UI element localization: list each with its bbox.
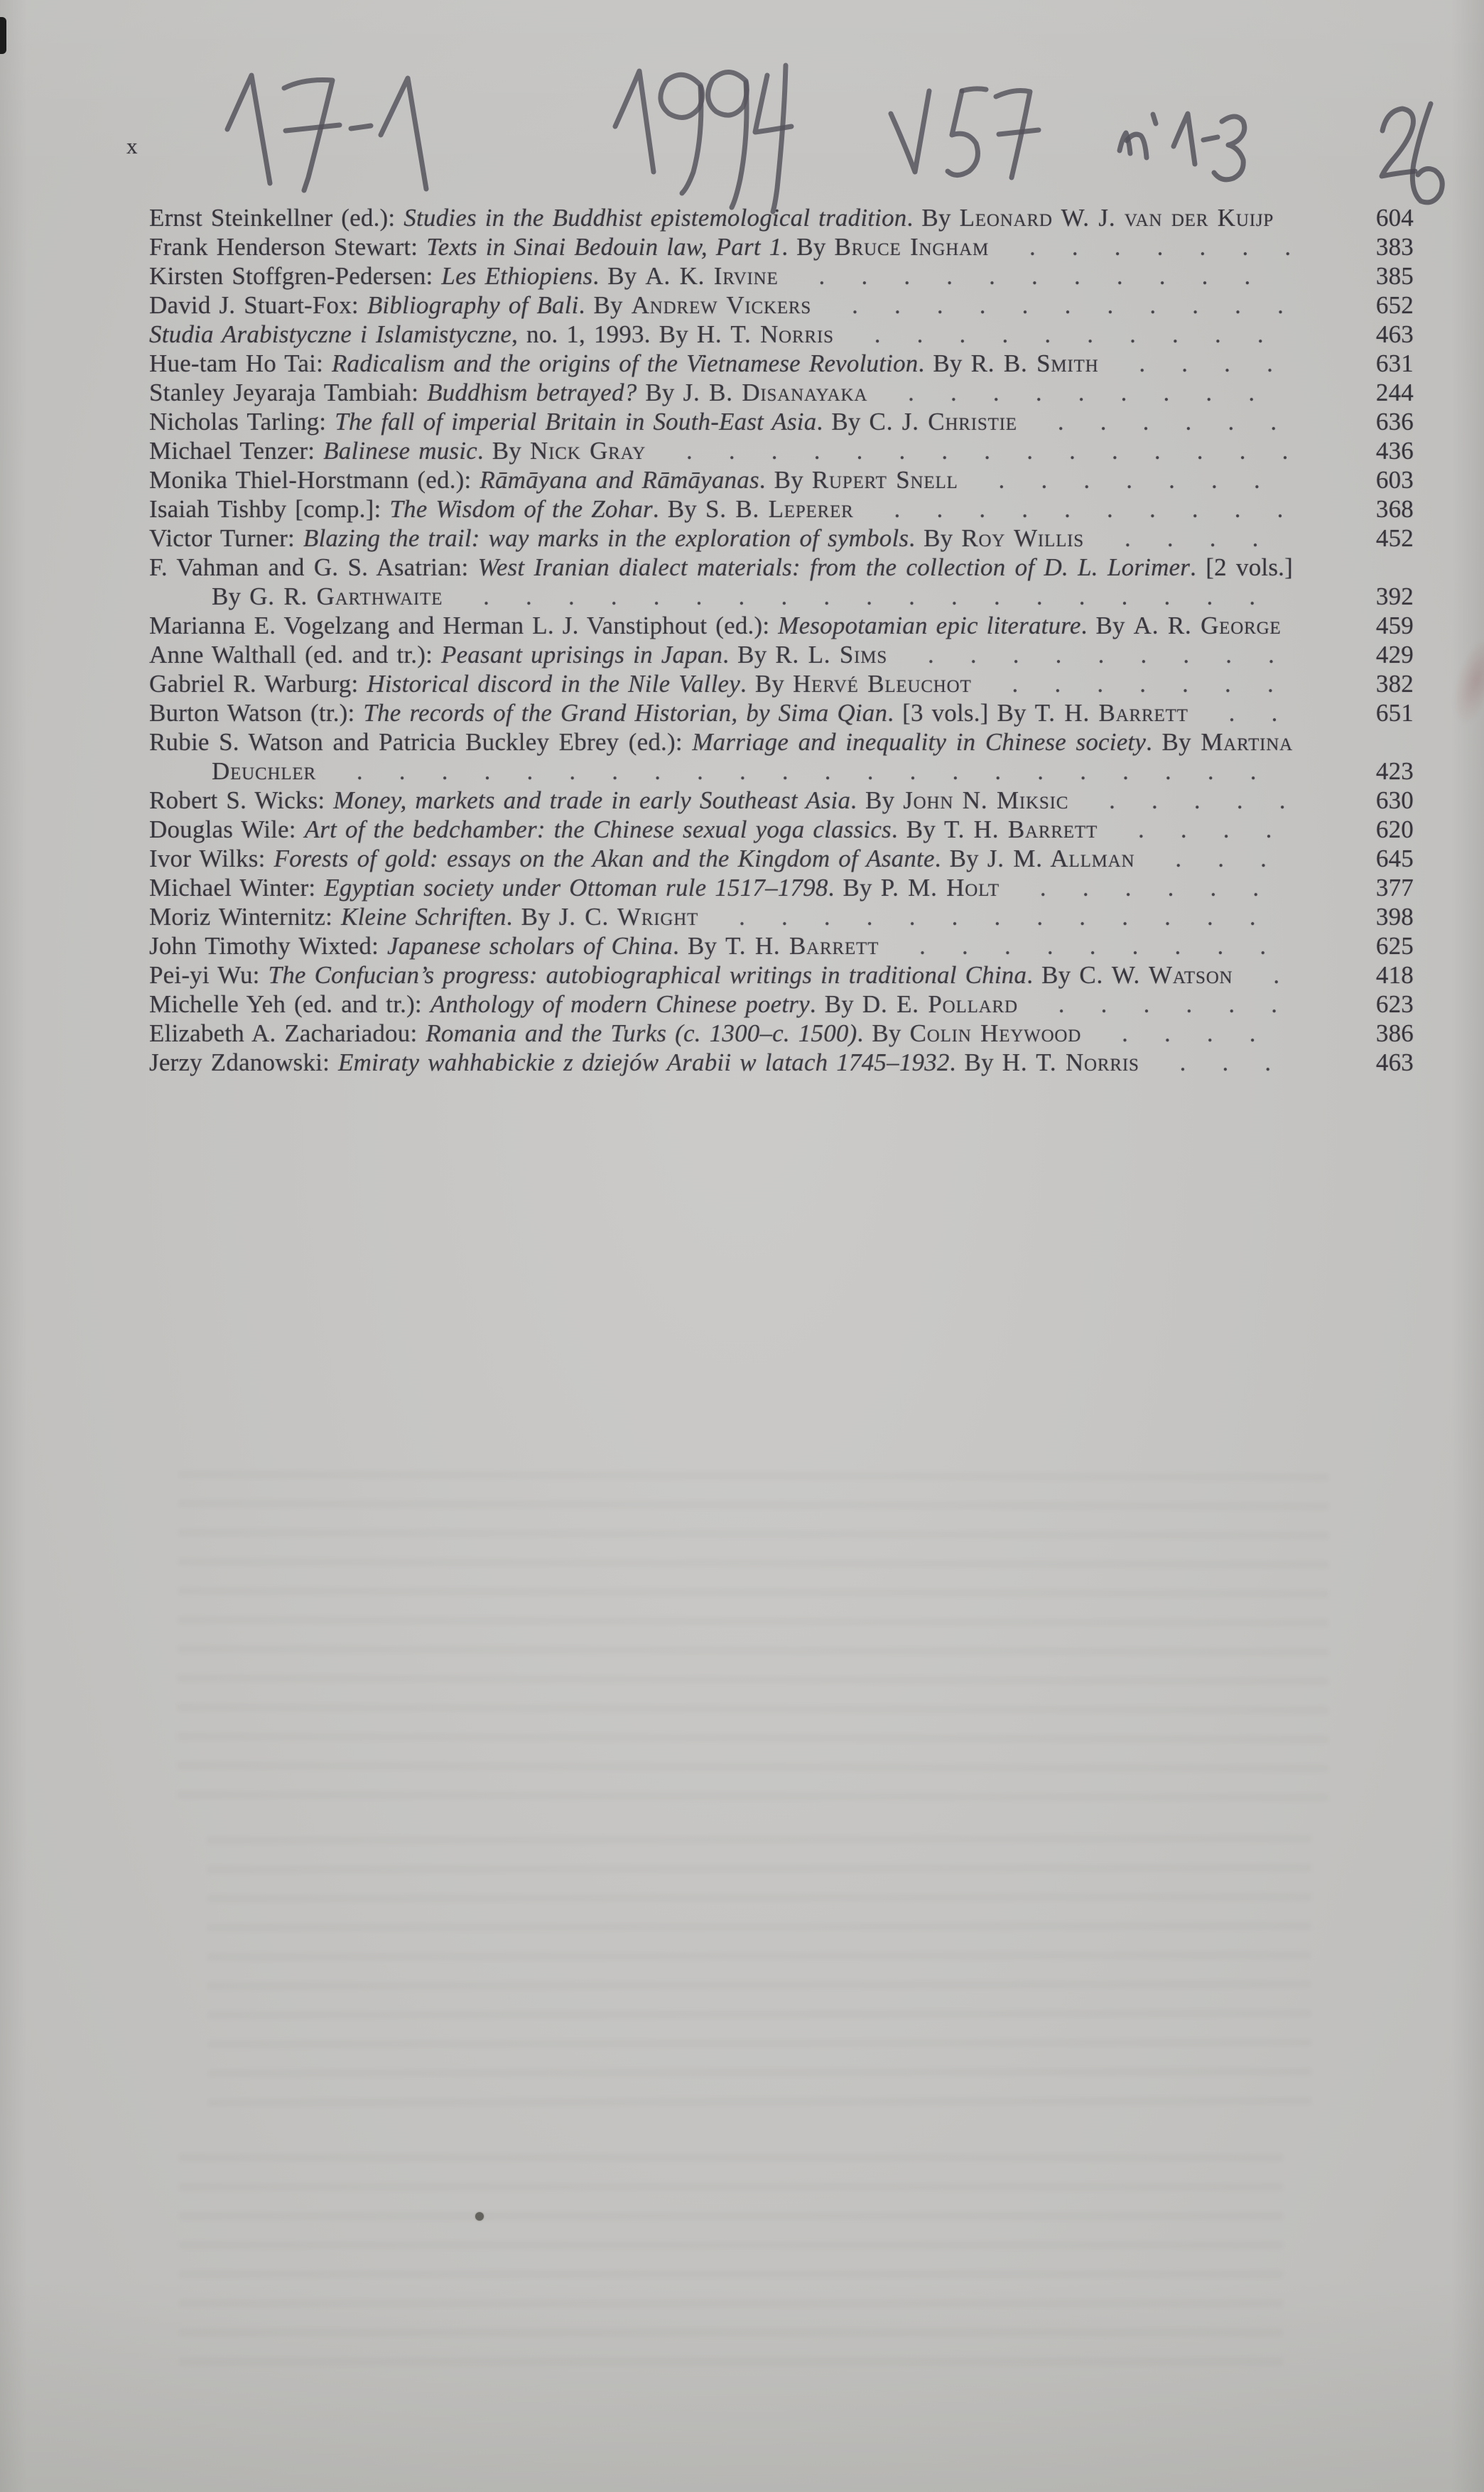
dot-leader: . . . . . . . . . . <box>858 495 1284 523</box>
toc-entry: Elizabeth A. Zachariadou: Romania and th… <box>149 1019 1414 1048</box>
entry-text-run: Marriage and inequality in Chinese socie… <box>692 728 1146 756</box>
entry-text-run: . By <box>857 1019 909 1047</box>
entry-page-number: 651 <box>1307 698 1414 727</box>
entry-text-run: Marianna E. Vogelzang and Herman L. J. V… <box>149 612 778 639</box>
entry-text-run: Gabriel R. Warburg: <box>149 670 367 698</box>
entry-text-run: Anne Walthall (ed. and tr.): <box>149 641 441 668</box>
dot-leader: . . . . . . <box>1004 874 1259 901</box>
entry-text-run: Buddhism betrayed? <box>427 379 637 406</box>
entry-text-run: . By <box>909 524 961 552</box>
entry-text-run: Les Ethiopiens <box>441 262 592 290</box>
entry-text-run: Kirsten Stoffgren-Pedersen: <box>149 262 441 290</box>
dot-leader: . . . . . . . . . <box>872 379 1255 406</box>
entry-text-run: Rupert Snell <box>812 466 958 494</box>
handwritten-year <box>615 65 791 212</box>
entry-text-run: Hervé Bleuchot <box>793 670 972 698</box>
entry-text-run: . By <box>950 1049 1002 1076</box>
entry-page-number: 625 <box>1307 931 1414 960</box>
entry-text-run: Emiraty wahhabickie z dziejów Arabii w l… <box>338 1049 950 1076</box>
dot-leader: . . . . . . <box>1022 990 1277 1018</box>
entry-text-run: . By <box>828 874 881 901</box>
handwritten-annotations <box>0 0 1484 242</box>
entry-page-number: 377 <box>1307 873 1414 902</box>
entry-text-run: Victor Turner: <box>149 524 303 552</box>
entry-text-run: Michael Tenzer: <box>149 437 323 465</box>
entry-text-run: Colin Heywood <box>910 1019 1082 1047</box>
toc-entry: Victor Turner: Blazing the trail: way ma… <box>149 524 1414 553</box>
entry-text-run: Isaiah Tishby [comp.]: <box>149 495 389 523</box>
entry-text-run: Nicholas Tarling: <box>149 408 335 435</box>
toc-entry: Michael Winter: Egyptian society under O… <box>149 873 1414 902</box>
entry-text-run: The fall of imperial Britain in South-Ea… <box>335 408 816 435</box>
dot-leader: . . . . . . . . . . . . . . . . . . . <box>447 583 1255 610</box>
dot-leader: . . <box>1193 699 1278 727</box>
entry-text-run: P. M. Holt <box>881 874 1000 901</box>
entry-text-run: Michelle Yeh (ed. and tr.): <box>149 990 430 1018</box>
dot-leader: . . . . . . . . . . . . . <box>703 903 1256 931</box>
dot-leader: . . . . . . . . . . . . . . . <box>650 437 1289 465</box>
toc-entry: Moriz Winternitz: Kleine Schriften. By J… <box>149 902 1414 931</box>
toc-entry: Rubie S. Watson and Patricia Buckley Ebr… <box>149 727 1414 786</box>
entry-text-run: Monika Thiel-Horstmann (ed.): <box>149 466 480 494</box>
entry-text-run: Mesopotamian epic literature <box>778 612 1080 639</box>
entry-text-run: Douglas Wile: <box>149 816 305 843</box>
handwritten-issue <box>1120 114 1245 180</box>
entry-page-number: 398 <box>1307 902 1414 931</box>
entry-text-run: . By <box>892 816 944 843</box>
entry-page-number: 463 <box>1307 320 1414 349</box>
entry-text-run: Bibliography of Bali <box>367 291 579 319</box>
entry-text-run: C. W. Watson <box>1079 961 1233 989</box>
entry-text-run: . By <box>507 903 559 931</box>
entry-text-run: Historical discord in the Nile Valley <box>367 670 740 698</box>
entry-text-run: Roy Willis <box>961 524 1084 552</box>
dot-leader: . <box>1237 961 1279 989</box>
entry-text-run: F. Vahman and G. S. Asatrian: <box>149 553 478 581</box>
entry-text-run: . By <box>1081 612 1134 639</box>
entry-text-run: The Confucian’s progress: autobiographic… <box>269 961 1027 989</box>
dot-leader: . . . . . . . . . . <box>838 320 1264 348</box>
entry-text-run: Art of the bedchamber: the Chinese sexua… <box>305 816 892 843</box>
dot-leader: . . . . . . <box>1022 408 1277 435</box>
entry-page-number: 459 <box>1307 611 1414 640</box>
entry-text-run: . By <box>1027 961 1079 989</box>
handwritten-volume <box>891 89 1039 178</box>
entry-text-run: Robert S. Wicks: <box>149 786 333 814</box>
dot-leader: . . . . . . . . . . . . . . . . . . . . … <box>320 757 1257 785</box>
entry-text-run: Radicalism and the origins of the Vietna… <box>332 350 919 377</box>
toc-entry: Gabriel R. Warburg: Historical discord i… <box>149 669 1414 698</box>
entry-text-run: John N. Miksic <box>903 786 1068 814</box>
entry-text-run: John Timothy Wixted: <box>149 932 387 960</box>
entry-text-run: Rāmāyana and Rāmāyanas <box>480 466 759 494</box>
toc-entry: Douglas Wile: Art of the bedchamber: the… <box>149 815 1414 844</box>
toc-entry: David J. Stuart-Fox: Bibliography of Bal… <box>149 291 1414 320</box>
entry-text-run: Moriz Winternitz: <box>149 903 341 931</box>
entry-page-number: 244 <box>1307 378 1414 407</box>
entry-text-run: . By <box>477 437 530 465</box>
entry-text-run: Balinese music <box>323 437 477 465</box>
entry-text-run: The Wisdom of the Zohar <box>389 495 653 523</box>
entry-page-number: 386 <box>1307 1019 1414 1048</box>
entry-text-run: . By <box>673 932 725 960</box>
toc-entry: Stanley Jeyaraja Tambiah: Buddhism betra… <box>149 378 1414 407</box>
showthrough-ghost-text <box>179 2154 1283 2367</box>
dot-leader: . . . . . . . . . . . <box>783 262 1251 290</box>
entry-text-run: . By <box>918 350 970 377</box>
entry-text-run: . By <box>816 408 869 435</box>
entry-text-run: West Iranian dialect materials: from the… <box>478 553 1190 581</box>
entry-page-number: 423 <box>1307 757 1414 786</box>
scan-edge-artifact <box>0 17 6 54</box>
entry-text-run: Nick Gray <box>530 437 646 465</box>
dot-leader: . . . . . . . <box>963 466 1260 494</box>
entry-text-run: T. H. Barrett <box>725 932 879 960</box>
entry-text-run: D. E. Pollard <box>862 990 1018 1018</box>
entry-text-run: S. B. Leperer <box>705 495 854 523</box>
toc-entry: Robert S. Wicks: Money, markets and trad… <box>149 786 1414 815</box>
entry-text-run: The records of the Grand Historian, by S… <box>363 699 887 727</box>
handwritten-copy-number <box>1382 104 1442 202</box>
toc-entry: Burton Watson (tr.): The records of the … <box>149 698 1414 727</box>
entry-text-run: Jerzy Zdanowski: <box>149 1049 338 1076</box>
entry-text-run: H. T. Norris <box>697 320 834 348</box>
entry-page-number: 636 <box>1307 407 1414 436</box>
entry-text-run: C. J. Christie <box>870 408 1017 435</box>
dot-leader: . . . . . . . <box>976 670 1274 698</box>
paper-speck <box>475 2212 484 2221</box>
dot-leader: . . . . <box>1102 816 1272 843</box>
entry-text-run: Forests of gold: essays on the Akan and … <box>274 845 935 872</box>
entry-text-run: Elizabeth A. Zachariadou: <box>149 1019 426 1047</box>
entry-text-run: Hue-tam Ho Tai: <box>149 350 332 377</box>
entry-page-number: 645 <box>1307 844 1414 873</box>
toc-entry: Nicholas Tarling: The fall of imperial B… <box>149 407 1414 436</box>
dot-leader: . . . . <box>1088 524 1259 552</box>
entry-text-run: G. R. Garthwaite <box>249 583 443 610</box>
entry-text-run: Michael Winter: <box>149 874 324 901</box>
entry-page-number: 392 <box>1307 582 1414 611</box>
toc-entry: Marianna E. Vogelzang and Herman L. J. V… <box>149 611 1414 640</box>
entry-text-run: Peasant uprisings in Japan <box>441 641 722 668</box>
entry-text-run: A. K. Irvine <box>645 262 778 290</box>
entry-text-run: Andrew Vickers <box>632 291 811 319</box>
dot-leader: . . . . . . . . . <box>883 932 1266 960</box>
entry-text-run: R. L. Sims <box>775 641 887 668</box>
toc-entry: Michelle Yeh (ed. and tr.): Anthology of… <box>149 990 1414 1019</box>
entry-text-run: J. M. Allman <box>987 845 1135 872</box>
toc-entry: Studia Arabistyczne i Islamistyczne, no.… <box>149 320 1414 349</box>
dot-leader: . . . . <box>1085 1019 1256 1047</box>
dot-leader: . . . . . . . . . . . <box>816 291 1284 319</box>
entry-page-number: 385 <box>1307 261 1414 291</box>
entry-page-number: 603 <box>1307 465 1414 494</box>
margin-smudge-mark <box>1444 638 1484 729</box>
entry-text-run: H. T. Norris <box>1002 1049 1139 1076</box>
entry-text-run: . By <box>1146 728 1201 756</box>
entry-page-number: 436 <box>1307 436 1414 465</box>
toc-entry: F. Vahman and G. S. Asatrian: West Irani… <box>149 553 1414 611</box>
entry-text-run: Egyptian society under Ottoman rule 1517… <box>324 874 828 901</box>
entry-page-number: 382 <box>1307 669 1414 698</box>
toc-entry: Kirsten Stoffgren-Pedersen: Les Ethiopie… <box>149 261 1414 291</box>
scanned-journal-contents-page: x Ernst Steinkellner (ed.): Studies in t… <box>0 0 1484 2492</box>
entry-page-number: 631 <box>1307 349 1414 378</box>
entry-text-run: . By <box>935 845 987 872</box>
entry-text-run: Pei-yi Wu: <box>149 961 269 989</box>
entry-text-run: . By <box>850 786 903 814</box>
toc-entry: Hue-tam Ho Tai: Radicalism and the origi… <box>149 349 1414 378</box>
entry-text-run: David J. Stuart-Fox: <box>149 291 367 319</box>
entry-text-run: . By <box>740 670 793 698</box>
dot-leader: . . . . <box>1103 350 1273 377</box>
toc-entry: Pei-yi Wu: The Confucian’s progress: aut… <box>149 960 1414 990</box>
contents-list: Ernst Steinkellner (ed.): Studies in the… <box>149 203 1414 1077</box>
showthrough-ghost-text <box>207 1835 1312 2128</box>
dot-leader: . . . <box>1139 845 1267 872</box>
entry-text-run: R. B. Smith <box>971 350 1099 377</box>
entry-text-run: Stanley Jeyaraja Tambiah: <box>149 379 427 406</box>
entry-text-run: Money, markets and trade in early Southe… <box>333 786 850 814</box>
entry-text-run: Blazing the trail: way marks in the expl… <box>303 524 909 552</box>
entry-page-number: 368 <box>1307 494 1414 524</box>
entry-text-run: Anthology of modern Chinese poetry <box>430 990 810 1018</box>
toc-entry: Anne Walthall (ed. and tr.): Peasant upr… <box>149 640 1414 669</box>
dot-leader: . . . . . <box>1073 786 1286 814</box>
toc-entry: Monika Thiel-Horstmann (ed.): Rāmāyana a… <box>149 465 1414 494</box>
entry-text-run: Burton Watson (tr.): <box>149 699 363 727</box>
toc-entry: Ivor Wilks: Forests of gold: essays on t… <box>149 844 1414 873</box>
entry-text-run: J. B. Disanayaka <box>683 379 868 406</box>
entry-text-run: . By <box>722 641 775 668</box>
entry-page-number: 620 <box>1307 815 1414 844</box>
entry-text-run: Ivor Wilks: <box>149 845 274 872</box>
entry-text-run: . By <box>759 466 812 494</box>
entry-page-number: 429 <box>1307 640 1414 669</box>
dot-leader: . . . <box>1144 1049 1272 1076</box>
entry-page-number: 630 <box>1307 786 1414 815</box>
entry-text-run: . By <box>653 495 705 523</box>
entry-text-run: . By <box>579 291 632 319</box>
toc-entry: Jerzy Zdanowski: Emiraty wahhabickie z d… <box>149 1048 1414 1077</box>
toc-entry: Michael Tenzer: Balinese music. By Nick … <box>149 436 1414 465</box>
entry-page-number: 463 <box>1307 1048 1414 1077</box>
entry-text-run: Rubie S. Watson and Patricia Buckley Ebr… <box>149 728 692 756</box>
toc-entry: Isaiah Tishby [comp.]: The Wisdom of the… <box>149 494 1414 524</box>
entry-text-run: . [3 vols.] By <box>887 699 1035 727</box>
entry-text-run: J. C. Wright <box>559 903 698 931</box>
entry-page-number: 418 <box>1307 960 1414 990</box>
entry-text-run: Studia Arabistyczne i Islamistyczne <box>149 320 511 348</box>
entry-text-run: Japanese scholars of China <box>387 932 673 960</box>
entry-text-run: , no. 1, 1993. By <box>511 320 697 348</box>
entry-text-run: A. R. George <box>1134 612 1282 639</box>
entry-page-number: 452 <box>1307 524 1414 553</box>
entry-page-number: 652 <box>1307 291 1414 320</box>
entry-text-run: T. H. Barrett <box>1035 699 1188 727</box>
entry-text-run: Romania and the Turks (c. 1300–c. 1500) <box>426 1019 857 1047</box>
entry-text-run: Kleine Schriften <box>341 903 507 931</box>
entry-text-run: . By <box>810 990 862 1018</box>
entry-text-run: . By <box>592 262 645 290</box>
dot-leader: . . . . . . . . . <box>892 641 1274 668</box>
handwritten-shelfmark <box>227 75 426 190</box>
entry-page-number: 623 <box>1307 990 1414 1019</box>
toc-entry: John Timothy Wixted: Japanese scholars o… <box>149 931 1414 960</box>
entry-text-run: T. H. Barrett <box>944 816 1098 843</box>
showthrough-ghost-text <box>177 1470 1328 1814</box>
entry-text-run: By <box>637 379 683 406</box>
